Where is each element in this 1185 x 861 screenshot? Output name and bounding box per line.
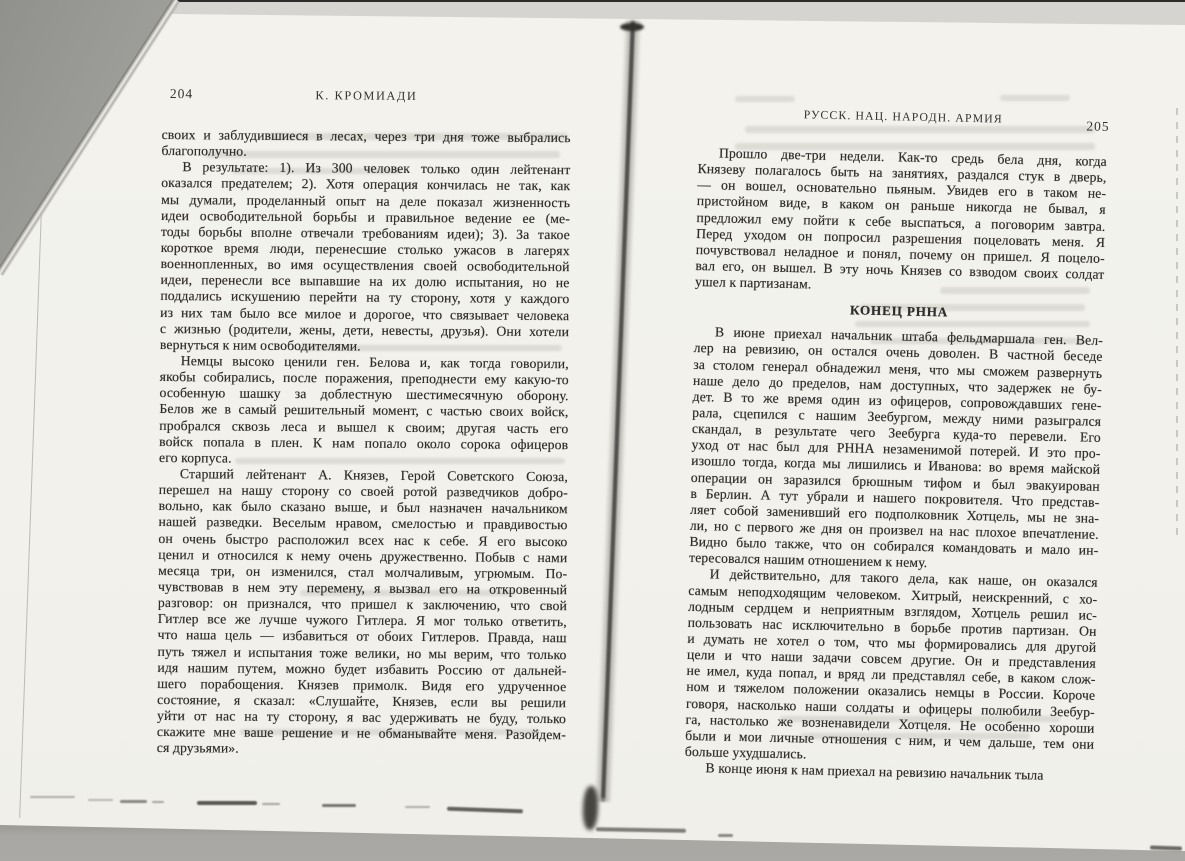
scan-smudge <box>596 827 686 833</box>
right-page-number: 205 <box>1086 118 1110 135</box>
bleed-through-artifact <box>735 96 795 102</box>
bleed-through-artifact <box>1000 95 1070 101</box>
paragraph: В июне приехал начальник штаба фельдмарш… <box>689 324 1103 575</box>
left-running-header: К. КРОМИАДИ <box>162 86 571 105</box>
chapter-heading: КОНЕЦ РННА <box>694 299 1103 324</box>
scan-smudge <box>88 799 113 801</box>
paragraph: И действительно, для такого дела, как на… <box>685 566 1098 769</box>
left-running-head: 204 К. КРОМИАДИ <box>162 86 571 105</box>
right-page-body: Прошло две-три недели. Как-то средь бела… <box>684 145 1107 785</box>
left-page-paper-edge <box>19 212 42 818</box>
right-page-paper-edge <box>1176 108 1178 538</box>
left-page-body: своих и заблудившиеся в лесах, через три… <box>157 127 571 760</box>
paragraph: Прошло две-три недели. Как-то средь бела… <box>695 145 1107 299</box>
gutter-bottom-smudge <box>582 786 599 830</box>
scan-smudge <box>30 796 75 798</box>
right-running-head: РУССК. НАЦ. НАРОДН. АРМИЯ 205 <box>699 104 1108 129</box>
scan-smudge <box>197 801 257 805</box>
right-running-header: РУССК. НАЦ. НАРОДН. АРМИЯ <box>699 104 1108 129</box>
scan-smudge <box>120 800 147 803</box>
book-gutter-line <box>601 22 635 798</box>
scan-smudge <box>322 804 356 807</box>
scan-smudge <box>718 834 733 837</box>
gutter-top-smudge <box>620 23 644 31</box>
scan-smudge <box>152 801 164 803</box>
paragraph: В результате: 1). Из 300 человек только … <box>160 159 571 356</box>
right-page: РУССК. НАЦ. НАРОДН. АРМИЯ 205 Прошло две… <box>684 104 1108 785</box>
scan-smudge <box>405 806 430 808</box>
left-page-number: 204 <box>170 86 193 102</box>
book-scan: 204 К. КРОМИАДИ своих и заблудившиеся в … <box>0 0 1185 861</box>
paragraph: Немцы высоко ценили ген. Белова и, как т… <box>159 353 569 469</box>
scan-smudge <box>447 807 523 814</box>
paragraph: Старший лейтенант А. Князев, Герой Совет… <box>157 466 568 760</box>
paragraph: своих и заблудившиеся в лесах, через три… <box>161 127 570 162</box>
left-page: 204 К. КРОМИАДИ своих и заблудившиеся в … <box>157 86 571 760</box>
text-line: ся друзьями». <box>157 740 566 759</box>
scan-smudge <box>1150 845 1182 850</box>
scan-smudge <box>262 803 280 805</box>
